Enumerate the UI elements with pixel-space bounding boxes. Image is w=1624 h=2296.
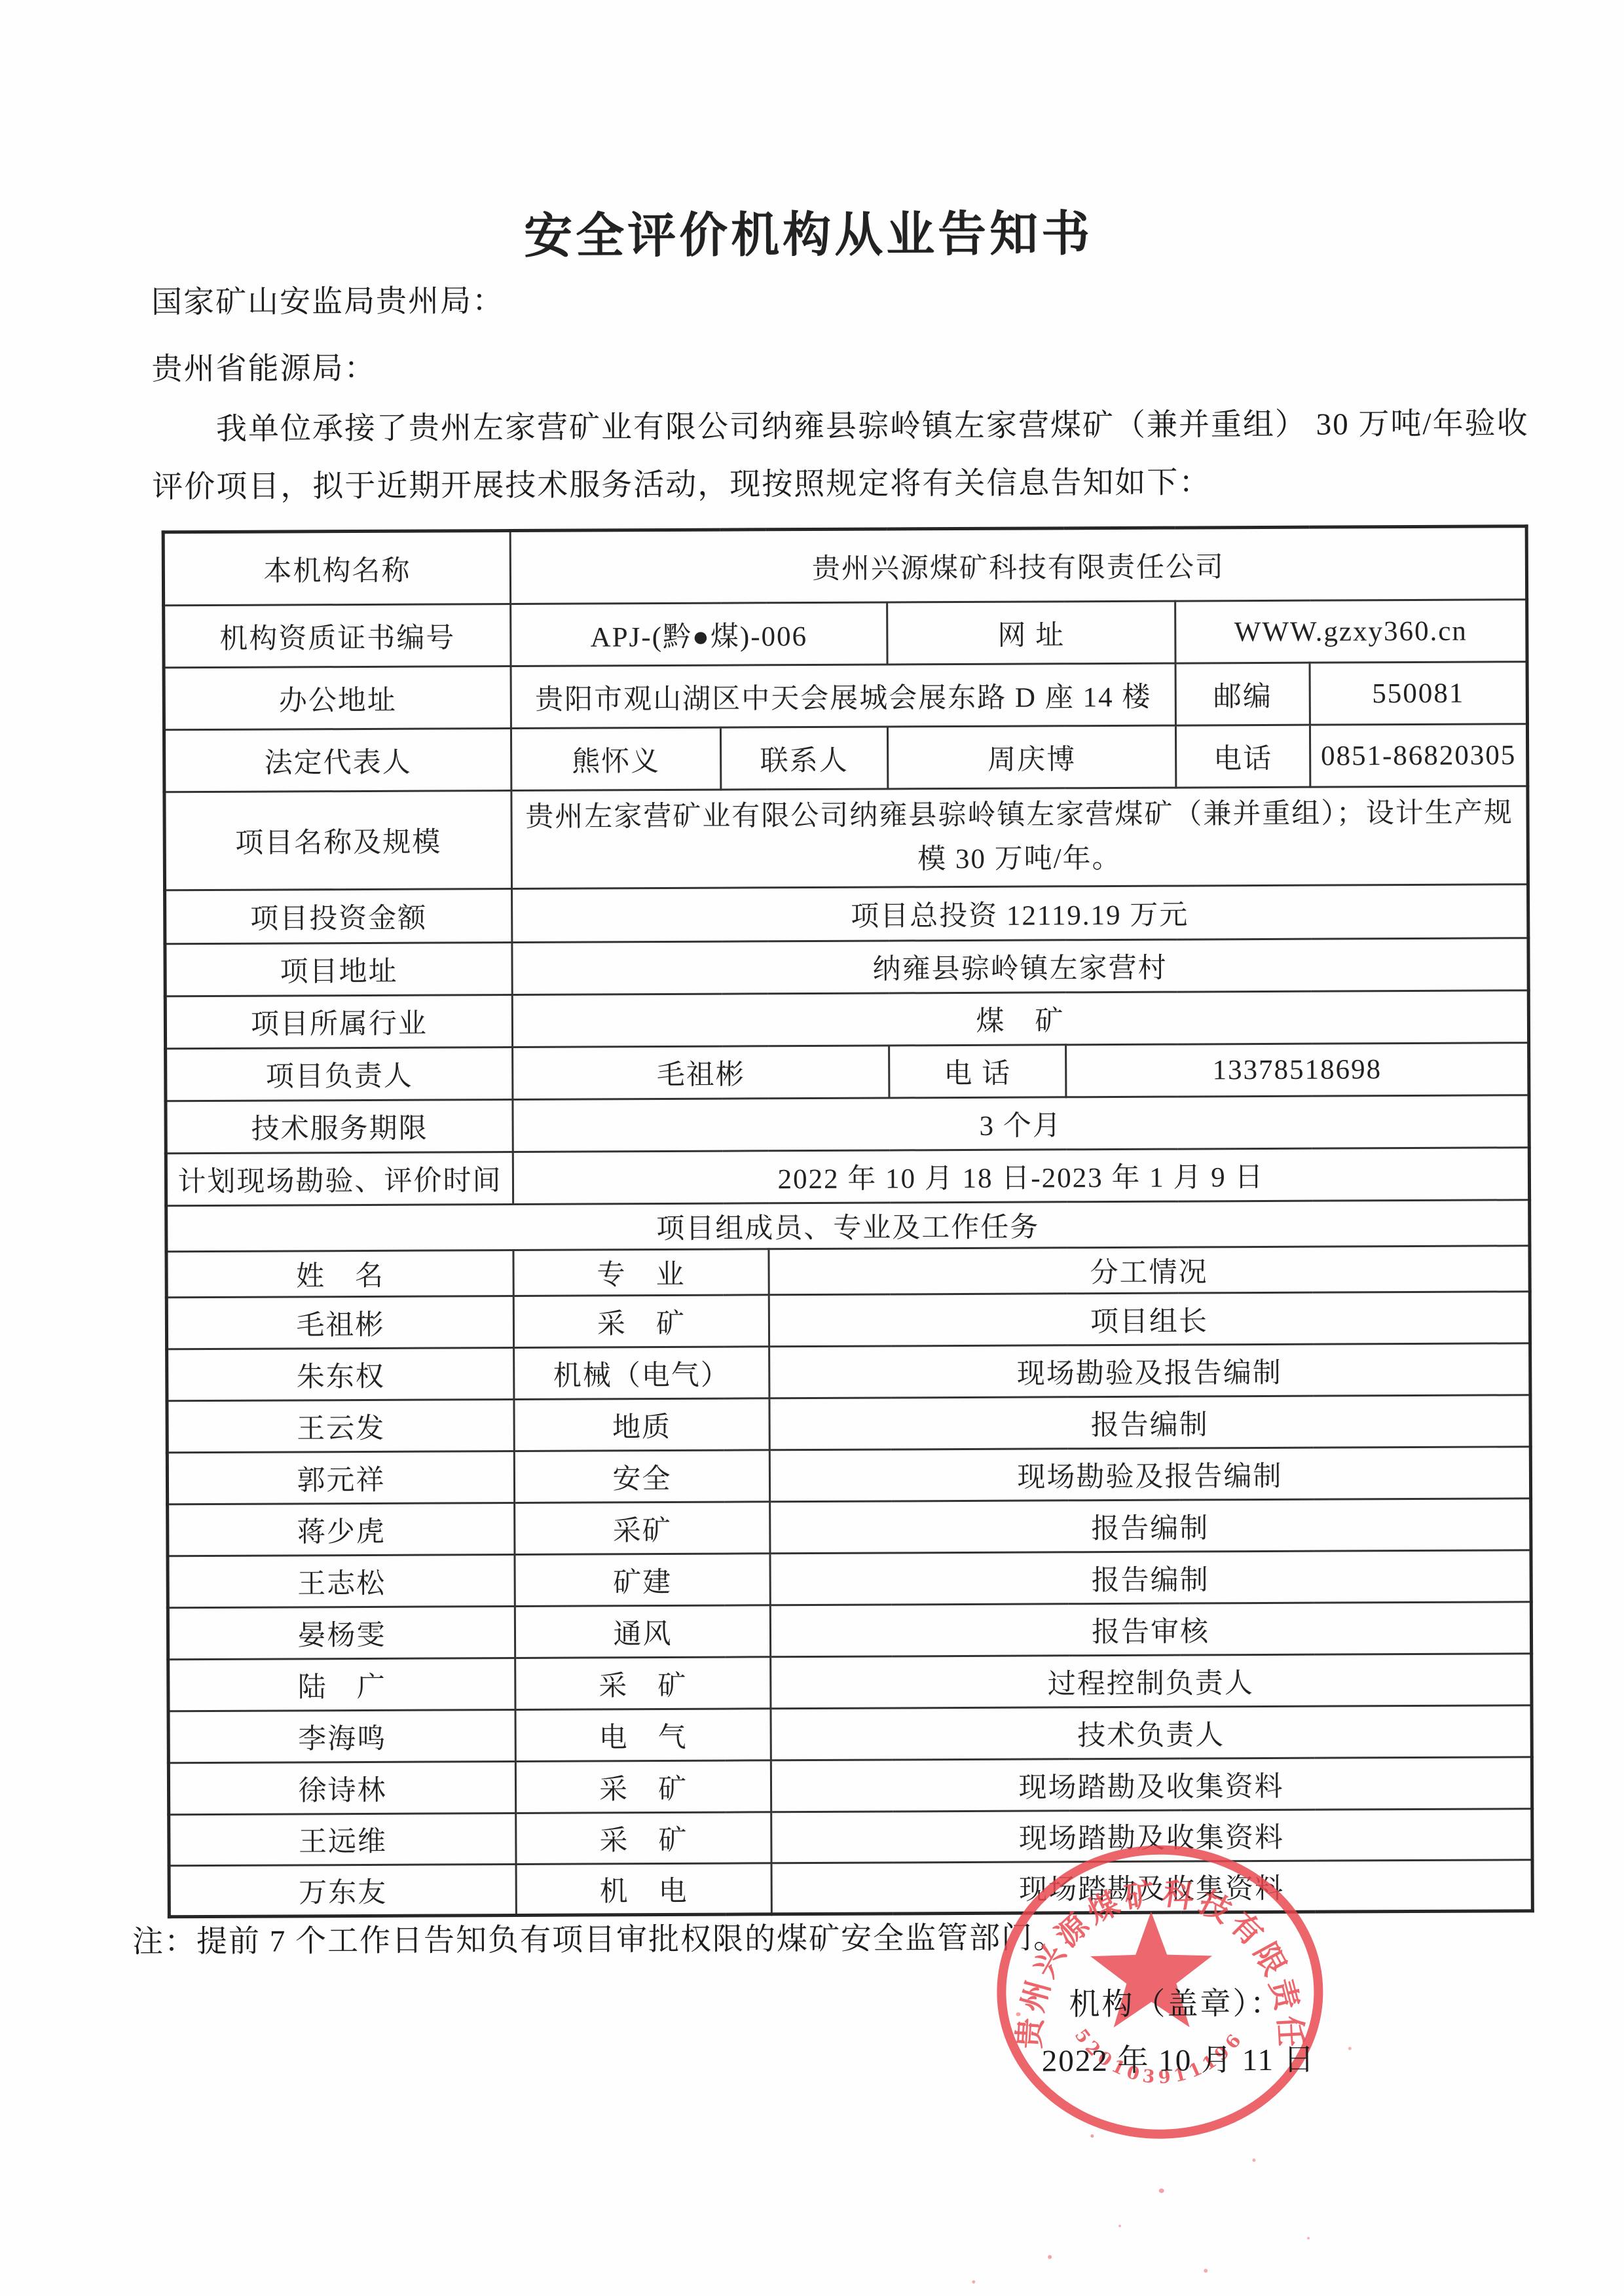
member-name: 王远维	[169, 1813, 516, 1865]
member-major: 采 矿	[515, 1760, 771, 1813]
service-duration-value: 3 个月	[513, 1095, 1529, 1152]
member-name: 王云发	[167, 1399, 514, 1452]
org-name-value: 贵州兴源煤矿科技有限责任公司	[510, 526, 1527, 604]
project-leader-label: 项目负责人	[166, 1047, 513, 1101]
intro-paragraph-line-2: 评价项目，拟于近期开展技术服务活动，现按照规定将有关信息告知如下：	[152, 458, 1211, 506]
project-name-label: 项目名称及规模	[164, 790, 512, 890]
table-row: 项目组成员、专业及工作任务	[166, 1200, 1530, 1252]
table-row: 项目投资金额 项目总投资 12119.19 万元	[165, 884, 1528, 944]
member-name: 毛祖彬	[166, 1296, 513, 1349]
member-major: 矿建	[515, 1554, 770, 1607]
intro-paragraph-line-1: 我单位承接了贵州左家营矿业有限公司纳雍县骔岭镇左家营煤矿（兼并重组） 30 万吨…	[216, 399, 1529, 448]
member-duty: 技术负责人	[771, 1705, 1532, 1760]
investment-label: 项目投资金额	[165, 888, 512, 943]
service-duration-label: 技术服务期限	[166, 1099, 513, 1153]
office-address-label: 办公地址	[164, 666, 511, 730]
table-row: 计划现场勘验、评价时间 2022 年 10 月 18 日-2023 年 1 月 …	[166, 1148, 1529, 1206]
investment-value: 项目总投资 12119.19 万元	[512, 884, 1528, 943]
legal-rep-value: 熊怀义	[511, 727, 720, 790]
ink-speckle	[1204, 2269, 1208, 2272]
website-label: 网 址	[887, 601, 1175, 665]
member-major: 电 气	[515, 1709, 771, 1762]
member-duty: 项目组长	[769, 1292, 1530, 1347]
table-row: 技术服务期限 3 个月	[166, 1095, 1529, 1154]
ink-speckle	[1159, 2189, 1164, 2193]
team-member-row: 陆 广 采 矿 过程控制负责人	[168, 1654, 1532, 1711]
project-site-label: 项目地址	[165, 942, 512, 996]
table-row: 项目地址 纳雍县骔岭镇左家营村	[165, 938, 1528, 996]
table-row: 项目所属行业 煤 矿	[165, 991, 1528, 1049]
team-member-row: 蒋少虎 采矿 报告编制	[168, 1499, 1531, 1556]
ink-speckle	[1253, 2159, 1256, 2162]
ink-speckle	[1307, 2237, 1310, 2240]
member-duty: 现场踏勘及收集资料	[771, 1757, 1532, 1812]
recipient-line-2: 贵州省能源局：	[151, 344, 376, 388]
team-member-row: 毛祖彬 采 矿 项目组长	[166, 1292, 1530, 1349]
member-major: 机 电	[516, 1863, 771, 1916]
ink-speckle	[1118, 2225, 1121, 2227]
website-value: WWW.gzxy360.cn	[1175, 600, 1527, 663]
member-name: 徐诗林	[168, 1761, 515, 1814]
seal-label: 机构（盖章）：	[1069, 1979, 1283, 2024]
member-name: 晏杨雯	[168, 1606, 515, 1659]
project-leader-value: 毛祖彬	[513, 1046, 889, 1100]
postcode-value: 550081	[1310, 662, 1527, 725]
member-name: 郭元祥	[167, 1451, 514, 1504]
postcode-label: 邮编	[1175, 663, 1310, 725]
notification-info-table: 本机构名称 贵州兴源煤矿科技有限责任公司 机构资质证书编号 APJ-(黔●煤)-…	[162, 524, 1534, 1918]
member-major: 通风	[515, 1605, 770, 1658]
org-name-label: 本机构名称	[163, 531, 510, 606]
member-major: 机械（电气）	[514, 1347, 769, 1400]
document-date: 2022 年 10 月 11 日	[1042, 2035, 1316, 2081]
team-col-name: 姓 名	[166, 1250, 513, 1297]
table-row: 项目负责人 毛祖彬 电 话 13378518698	[166, 1043, 1529, 1101]
table-row: 项目名称及规模 贵州左家营矿业有限公司纳雍县骔岭镇左家营煤矿（兼并重组）；设计生…	[164, 786, 1528, 890]
member-name: 王志松	[168, 1554, 515, 1607]
office-address-value: 贵阳市观山湖区中天会展城会展东路 D 座 14 楼	[511, 663, 1175, 728]
ink-speckle	[1348, 2047, 1352, 2050]
member-major: 采 矿	[515, 1657, 771, 1710]
document-sheet: 安全评价机构从业告知书 国家矿山安监局贵州局： 贵州省能源局： 我单位承接了贵州…	[0, 0, 1624, 2296]
member-duty: 报告编制	[770, 1499, 1531, 1554]
ink-speckle	[972, 2280, 975, 2284]
project-name-value: 贵州左家营矿业有限公司纳雍县骔岭镇左家营煤矿（兼并重组）；设计生产规模 30 万…	[511, 786, 1528, 889]
member-major: 采 矿	[516, 1812, 771, 1865]
team-member-row: 万东友 机 电 现场踏勘及收集资料	[169, 1860, 1532, 1917]
legal-rep-label: 法定代表人	[164, 729, 511, 792]
member-major: 地质	[514, 1398, 769, 1451]
member-major: 采 矿	[513, 1295, 769, 1348]
team-member-row: 李海鸣 电 气 技术负责人	[168, 1705, 1532, 1763]
member-duty: 过程控制负责人	[771, 1654, 1532, 1709]
contact-value: 周庆博	[887, 725, 1175, 789]
team-member-row: 王志松 矿建 报告编制	[168, 1550, 1531, 1608]
team-col-duty: 分工情况	[769, 1246, 1530, 1295]
member-duty: 报告编制	[769, 1395, 1530, 1450]
member-name: 李海鸣	[168, 1709, 515, 1762]
member-major: 采矿	[515, 1502, 770, 1555]
document-title: 安全评价机构从业告知书	[0, 193, 1621, 270]
team-section-title: 项目组成员、专业及工作任务	[166, 1200, 1530, 1252]
table-row: 办公地址 贵阳市观山湖区中天会展城会展东路 D 座 14 楼 邮编 550081	[164, 662, 1527, 730]
contact-label: 联系人	[720, 727, 887, 790]
ink-speckle	[1048, 2255, 1052, 2259]
member-name: 蒋少虎	[168, 1503, 515, 1556]
team-col-major: 专 业	[513, 1249, 769, 1296]
industry-value: 煤 矿	[512, 991, 1528, 1048]
team-member-row: 朱东权 机械（电气） 现场勘验及报告编制	[167, 1343, 1530, 1401]
table-header-row: 姓 名 专 业 分工情况	[166, 1246, 1530, 1298]
table-row: 本机构名称 贵州兴源煤矿科技有限责任公司	[163, 526, 1527, 606]
team-member-row: 晏杨雯 通风 报告审核	[168, 1602, 1531, 1660]
tel-label: 电话	[1175, 725, 1310, 788]
schedule-value: 2022 年 10 月 18 日-2023 年 1 月 9 日	[513, 1148, 1529, 1205]
member-duty: 报告编制	[770, 1550, 1531, 1605]
cert-no-label: 机构资质证书编号	[164, 604, 511, 668]
leader-tel-value: 13378518698	[1066, 1043, 1529, 1097]
member-name: 万东友	[169, 1864, 516, 1916]
cert-no-value: APJ-(黔●煤)-006	[511, 602, 887, 666]
member-duty: 现场勘验及报告编制	[769, 1343, 1530, 1398]
project-site-value: 纳雍县骔岭镇左家营村	[512, 938, 1528, 995]
team-member-row: 王远维 采 矿 现场踏勘及收集资料	[169, 1809, 1532, 1866]
member-name: 陆 广	[168, 1658, 515, 1711]
member-duty: 报告审核	[770, 1602, 1531, 1657]
leader-tel-label: 电 话	[889, 1045, 1066, 1098]
scanned-document-page: 安全评价机构从业告知书 国家矿山安监局贵州局： 贵州省能源局： 我单位承接了贵州…	[0, 0, 1624, 2296]
member-duty: 现场勘验及报告编制	[769, 1447, 1530, 1502]
footer-note: 注：提前 7 个工作日告知负有项目审批权限的煤矿安全监管部门。	[132, 1913, 1065, 1961]
member-name: 朱东权	[167, 1347, 514, 1400]
schedule-label: 计划现场勘验、评价时间	[166, 1152, 513, 1205]
team-member-row: 王云发 地质 报告编制	[167, 1395, 1530, 1453]
industry-label: 项目所属行业	[165, 994, 512, 1048]
tel-value: 0851-86820305	[1310, 724, 1527, 787]
recipient-line-1: 国家矿山安监局贵州局：	[151, 276, 504, 321]
member-major: 安全	[514, 1450, 769, 1503]
table-row: 法定代表人 熊怀义 联系人 周庆博 电话 0851-86820305	[164, 724, 1527, 792]
team-member-row: 郭元祥 安全 现场勘验及报告编制	[167, 1447, 1530, 1504]
team-member-row: 徐诗林 采 矿 现场踏勘及收集资料	[168, 1757, 1532, 1815]
table-row: 机构资质证书编号 APJ-(黔●煤)-006 网 址 WWW.gzxy360.c…	[164, 600, 1527, 668]
